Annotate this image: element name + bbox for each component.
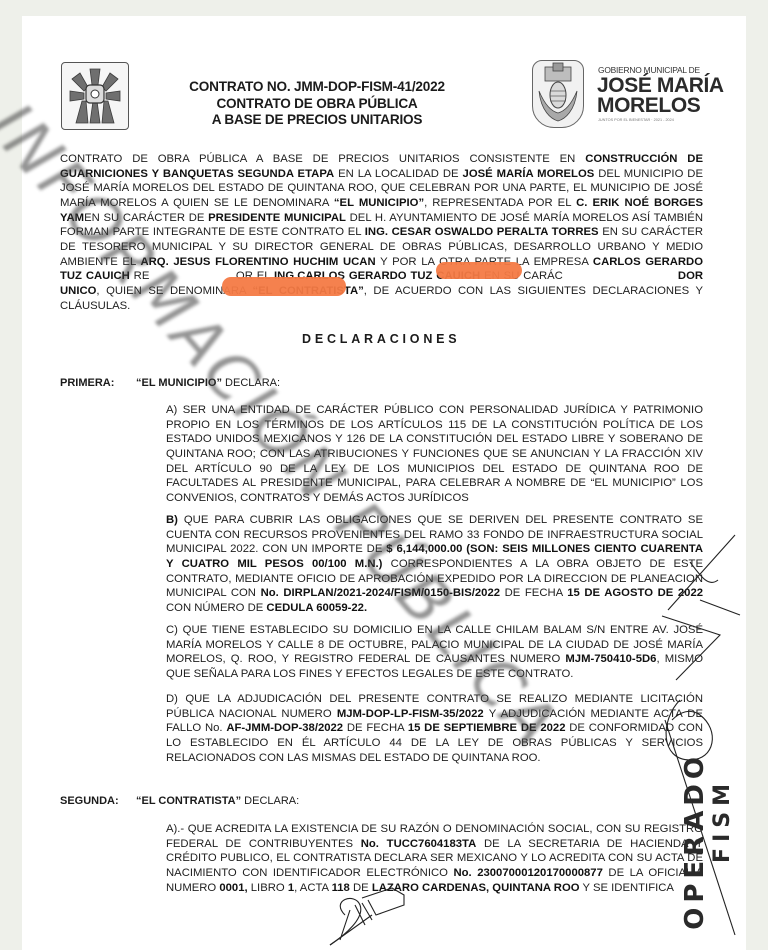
birth-certificate-id: No. 23007000120170000877 xyxy=(453,867,602,879)
text: EN SU CARÁC xyxy=(480,270,563,282)
intro-paragraph: CONTRATO DE OBRA PÚBLICA A BASE DE PRECI… xyxy=(60,152,703,313)
text: EN LA LOCALIDAD DE xyxy=(334,168,462,180)
contract-title: CONTRATO NO. JMM-DOP-FISM-41/2022 CONTRA… xyxy=(172,79,462,129)
contract-type: CONTRATO DE OBRA PÚBLICA xyxy=(172,96,462,113)
contract-page: CONTRATO NO. JMM-DOP-FISM-41/2022 CONTRA… xyxy=(22,16,746,950)
acta-number: 118 xyxy=(332,882,350,894)
oficialia-number: 0001, xyxy=(219,882,247,894)
award-number: AF-JMM-DOP-38/2022 xyxy=(226,722,343,734)
award-date: 15 DE SEPTIEMBRE DE 2022 xyxy=(408,722,566,734)
contract-number: CONTRATO NO. JMM-DOP-FISM-41/2022 xyxy=(172,79,462,96)
party-municipio: “EL MUNICIPIO” xyxy=(136,377,222,389)
text: DE xyxy=(350,882,372,894)
text: , ACTA xyxy=(294,882,331,894)
text: RE xyxy=(130,270,150,282)
text: Y SE IDENTIFICA xyxy=(580,882,674,894)
redacted-text: TER DE ADMINISTRA xyxy=(563,270,678,282)
clause-letter: B) xyxy=(166,514,178,526)
party-contratista: “EL CONTRATISTA” xyxy=(252,285,363,297)
text: DECLARA: xyxy=(222,377,280,389)
president-role: PRESIDENTE MUNICIPAL xyxy=(208,212,346,224)
clause-segunda-a: A).- QUE ACREDITA LA EXISTENCIA DE SU RA… xyxy=(166,822,703,895)
text: LIBRO xyxy=(248,882,288,894)
approval-date: 15 DE AGOSTO DE 2022 xyxy=(567,587,703,599)
text: DE FECHA xyxy=(343,722,408,734)
registry-place: LAZARO CARDENAS, QUINTANA ROO xyxy=(372,882,580,894)
party-municipio: “EL MUNICIPIO” xyxy=(334,197,424,209)
text: , REPRESENTADA POR EL xyxy=(424,197,576,209)
gov-tagline: JUNTOS POR EL BIENESTAR · 2021 - 2024 xyxy=(598,118,674,122)
contractor-rfc: No. TUCC7604183TA xyxy=(361,838,477,850)
clause-primera-a: A) SER UNA ENTIDAD DE CARÁCTER PÚBLICO C… xyxy=(166,403,703,506)
municipal-seal-icon xyxy=(61,62,129,130)
text: CON NÚMERO DE xyxy=(166,602,266,614)
oficio-number: No. DIRPLAN/2021-2024/FISM/0150-BIS/2022 xyxy=(261,587,500,599)
contract-basis: A BASE DE PRECIOS UNITARIOS xyxy=(172,112,462,129)
text: DE FECHA xyxy=(500,587,567,599)
treasurer-name: ING. CESAR OSWALDO PERALTA TORRES xyxy=(365,226,599,238)
text: Y POR LA OTRA PARTE LA EMPRESA xyxy=(376,256,593,268)
text: , QUIEN SE DENOMINARA xyxy=(96,285,252,297)
segunda-heading: “EL CONTRATISTA” DECLARA: xyxy=(136,795,299,807)
primera-label: PRIMERA: xyxy=(60,377,114,389)
text: EN SU CARÁCTER DE xyxy=(84,212,208,224)
primera-heading: “EL MUNICIPIO” DECLARA: xyxy=(136,377,280,389)
locality: JOSÉ MARÍA MORELOS xyxy=(463,168,595,180)
section-title: DECLARACIONES xyxy=(302,332,460,346)
text: OR EL xyxy=(236,270,274,282)
text: DECLARA: xyxy=(241,795,299,807)
municipality-name-line1: JOSÉ MARÍA xyxy=(597,75,724,96)
clause-primera-c: C) QUE TIENE ESTABLECIDO SU DOMICILIO EN… xyxy=(166,623,703,682)
municipality-name-line2: MORELOS xyxy=(597,95,700,116)
municipal-shield-icon xyxy=(532,60,584,128)
cedula-number: CEDULA 60059-22. xyxy=(266,602,367,614)
segunda-label: SEGUNDA: xyxy=(60,795,119,807)
party-contratista: “EL CONTRATISTA” xyxy=(136,795,241,807)
director-name: ARQ. JESUS FLORENTINO HUCHIM UCAN xyxy=(140,256,375,268)
redacted-text: PRESENTADA P xyxy=(149,270,236,282)
tender-number: MJM-DOP-LP-FISM-35/2022 xyxy=(337,708,484,720)
representative-name: ING.CARLOS GERARDO TUZ CAUICH xyxy=(274,270,480,282)
text: CONTRATO DE OBRA PÚBLICA A BASE DE PRECI… xyxy=(60,153,585,165)
clause-primera-b: B) QUE PARA CUBRIR LAS OBLIGACIONES QUE … xyxy=(166,513,703,616)
municipal-logo: GOBIERNO MUNICIPAL DE JOSÉ MARÍA MORELOS… xyxy=(532,60,732,132)
clause-primera-d: D) QUE LA ADJUDICACIÓN DEL PRESENTE CONT… xyxy=(166,692,703,765)
municipio-rfc: MJM-750410-5D6 xyxy=(565,653,656,665)
